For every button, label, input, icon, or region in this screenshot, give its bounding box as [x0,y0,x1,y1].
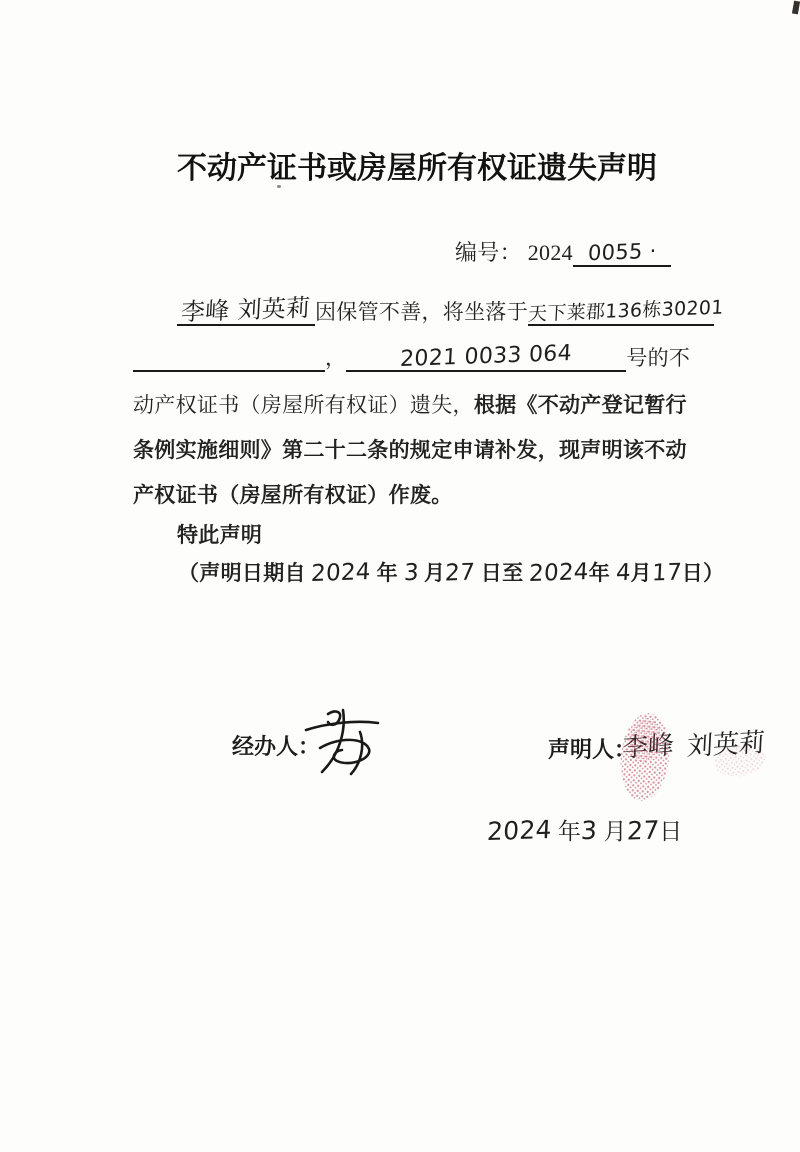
clause-no-suffix: 号的不 [626,346,690,370]
comma: ， [325,346,346,370]
validity-year-label-1: 年 [377,562,398,585]
body-line-1: 李峰 刘英莉因保管不善，将坐落于天下莱郡136栋30201 [177,296,714,326]
address-underline: 天下莱郡136栋30201 [528,297,714,326]
serial-label: 编号： [455,240,522,265]
scan-artifact-corner [792,1,800,15]
validity-start-day: 27 [445,559,476,586]
validity-month-label-2: 月 [631,562,652,585]
names-underline: 李峰 刘英莉 [177,297,315,326]
serial-handwritten-number: 0055 · [587,238,657,266]
footer-day-label: 日 [659,818,682,844]
footer-month: 3 [580,816,598,846]
serial-printed-year: 2024 [528,240,573,265]
cert-no-underline: 2021 0033 064 [346,343,626,372]
scanned-declaration-document: 不动产证书或房屋所有权证遗失声明 编号： 20240055 · 李峰 刘英莉因保… [0,0,800,1152]
serial-line: 编号： 20240055 · [455,236,671,267]
footer-date: 2024 年3 月27日 [487,813,683,846]
body-line-4: 条例实施细则》第二十二条的规定申请补发，现声明该不动 [133,434,687,464]
serial-fill-underline: 0055 · [573,239,671,267]
fingerprint-stamp [600,700,800,815]
handwritten-cert-no: 2021 0033 064 [400,341,573,373]
footer-month-label: 月 [603,818,626,844]
footer-day: 27 [626,815,660,845]
line3-song-text: 动产权证书（房屋所有权证）遗失， [133,393,474,417]
validity-end-day: 17 [651,559,682,586]
footer-year: 2024 [486,815,552,846]
validity-month-label-1: 月 [424,562,445,585]
validity-start-month: 3 [403,560,419,587]
validity-start-year: 2024 [311,559,372,587]
validity-suffix: 日） [682,562,725,585]
closing-statement: 特此声明 [177,519,262,549]
handler-signature-scribble [298,706,392,778]
validity-mid-label: 日至 [481,562,524,585]
body-line-3: 动产权证书（房屋所有权证）遗失，根据《不动产登记暂行 [133,389,687,419]
body-line-5: 产权证书（房屋所有权证）作废。 [133,479,453,509]
body-line-2: ，2021 0033 064号的不 [133,342,690,372]
handwritten-address: 天下莱郡136栋30201 [527,295,724,328]
handwritten-names: 李峰 刘英莉 [181,295,312,326]
line3-hei-text: 根据《不动产登记暂行 [474,394,687,417]
validity-end-year: 2024 [528,559,589,587]
validity-prefix: （声明日期自 [178,562,306,585]
document-title: 不动产证书或房屋所有权证遗失声明 [177,143,657,187]
clause-keep: 因保管不善，将坐落于 [315,300,528,324]
validity-end-month: 4 [615,560,631,587]
validity-line: （声明日期自 2024 年 3 月27 日至 2024年 4月17日） [178,557,724,587]
validity-year-label-2: 年 [589,562,610,585]
blank-underline [133,346,325,372]
footer-year-label: 年 [558,818,581,844]
